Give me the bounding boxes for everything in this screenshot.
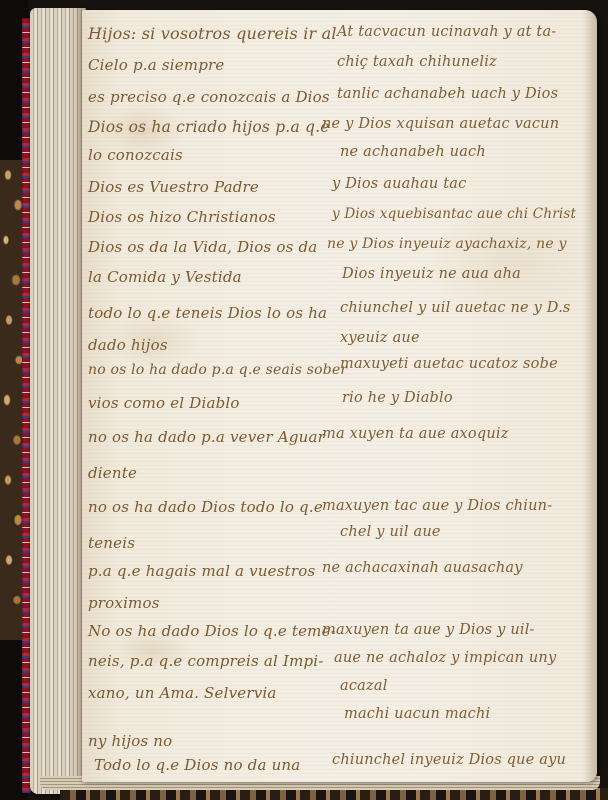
spanish-line: lo conozcais: [88, 146, 183, 164]
spanish-line: xano, un Ama. Selvervia: [88, 684, 277, 702]
maya-line: aue ne achaloz y impican uny: [334, 650, 556, 666]
maya-line: maxuyen tac aue y Dios chiun-: [322, 498, 552, 514]
spanish-line: la Comida y Vestida: [88, 268, 242, 286]
spanish-line: vios como el Diablo: [88, 394, 240, 412]
spanish-line: teneis: [88, 534, 135, 552]
spanish-line: Dios os hizo Christianos: [88, 208, 276, 226]
maya-line: xyeuiz aue: [340, 330, 420, 346]
maya-line: chiç taxah chihuneliz: [337, 54, 497, 70]
spanish-line: todo lo q.e teneis Dios lo os ha: [88, 304, 327, 322]
spanish-line: no os ha dado p.a vever Aguar: [88, 428, 325, 446]
page-stack-edges: [30, 8, 86, 794]
spanish-line: dado hijos: [88, 336, 168, 354]
maya-line: acazal: [340, 678, 388, 694]
maya-line: ne y Dios xquisan auetac vacun: [322, 116, 559, 132]
maya-line: machi uacun machi: [344, 706, 490, 722]
maya-line: maxuyen ta aue y Dios y uil-: [322, 622, 535, 638]
spanish-line: neis, p.a q.e compreis al Impi-: [88, 652, 324, 670]
maya-line: ne achacaxinah auasachay: [322, 560, 523, 576]
spanish-line: No os ha dado Dios lo q.e teme-: [88, 622, 336, 640]
maya-line: tanlic achanabeh uach y Dios: [337, 86, 558, 102]
maya-line: chel y uil aue: [340, 524, 441, 540]
maya-line: rio he y Diablo: [342, 390, 453, 406]
manuscript-page: Hijos: si vosotros quereis ir al Cielo p…: [82, 10, 597, 782]
maya-line: y Dios auahau tac: [332, 176, 466, 192]
spanish-line: Todo lo q.e Dios no da una: [94, 756, 300, 774]
spanish-line: ny hijos no: [88, 732, 172, 750]
maya-line: At tacvacun ucinavah y at ta-: [337, 24, 556, 40]
maya-line: chiunchel inyeuiz Dios que ayu: [332, 752, 566, 768]
spanish-line: Hijos: si vosotros quereis ir al: [88, 24, 337, 43]
maya-line: ne achanabeh uach: [340, 144, 486, 160]
spanish-line: diente: [88, 464, 137, 482]
spanish-line: Dios os da la Vida, Dios os da: [88, 238, 317, 256]
maya-line: chiunchel y uil auetac ne y D.s: [340, 300, 571, 316]
spanish-line: Dios es Vuestro Padre: [88, 178, 259, 196]
maya-line: ne y Dios inyeuiz ayachaxiz, ne y: [327, 236, 567, 252]
spanish-line: no os ha dado Dios todo lo q.e: [88, 498, 323, 516]
spanish-line: p.a q.e hagais mal a vuestros: [88, 562, 315, 580]
spanish-line: es preciso q.e conozcais a Dios: [88, 88, 330, 106]
maya-line: Dios inyeuiz ne aua aha: [342, 266, 521, 282]
spanish-line: no os lo ha dado p.a q.e seais sober: [88, 362, 347, 378]
spanish-line: Dios os ha criado hijos p.a q.e: [88, 118, 330, 136]
spanish-line: Cielo p.a siempre: [88, 56, 224, 74]
maya-line: y Dios xquebisantac aue chi Christ: [332, 206, 576, 222]
spanish-line: proximos: [88, 594, 160, 612]
maya-line: maxuyeti auetac ucatoz sobe: [340, 356, 558, 372]
maya-line: ma xuyen ta aue axoquiz: [322, 426, 509, 442]
